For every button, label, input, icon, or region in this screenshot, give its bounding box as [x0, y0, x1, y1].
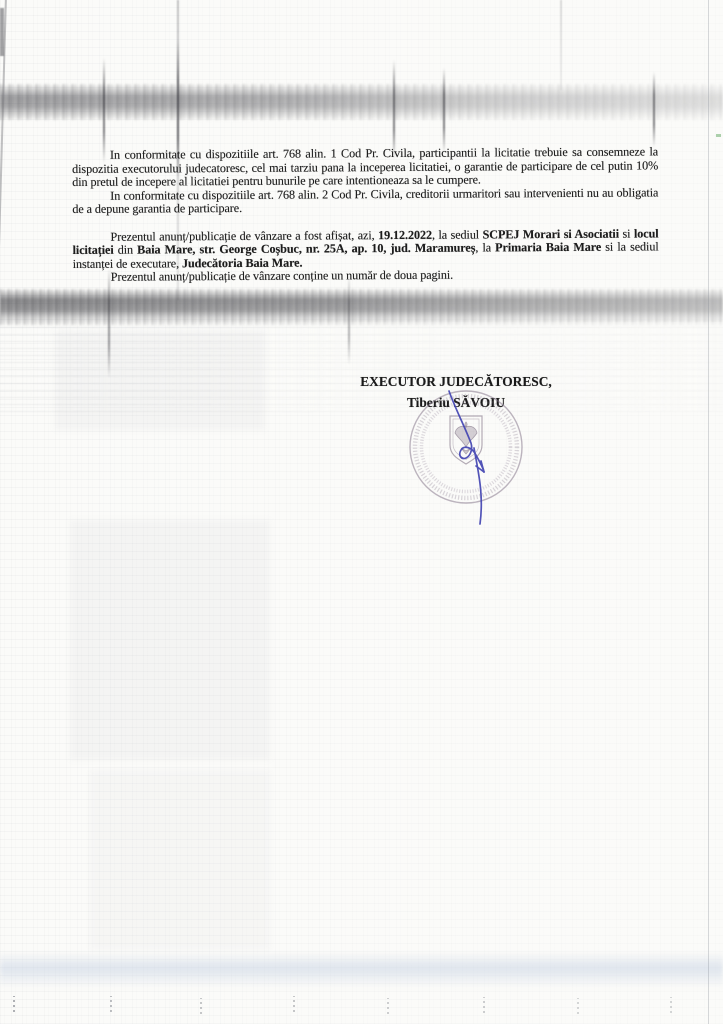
scanned-document-page: In conformitate cu dispozitiile art. 768…	[0, 0, 723, 1024]
scan-dot-mark	[387, 998, 389, 1014]
scan-vertical-streak	[443, 68, 445, 153]
scan-vertical-streak	[653, 72, 655, 147]
scan-vertical-streak	[348, 275, 350, 365]
paragraph-posting-notice: Prezentul anunț/publicație de vânzare a …	[72, 227, 658, 271]
scan-mark-green	[716, 134, 721, 137]
scan-smudge-patch	[90, 770, 270, 950]
scan-page-edge-right	[708, 0, 709, 1024]
scan-smudge-band-top	[0, 84, 723, 120]
scan-dot-mark	[110, 996, 112, 1012]
document-body: In conformitate cu dispozitiile art. 768…	[72, 145, 659, 284]
scan-smudge-patch	[70, 520, 270, 760]
scan-dot-mark	[577, 998, 579, 1014]
scan-page-edge-left	[0, 0, 6, 536]
scan-edge-mark	[0, 8, 4, 56]
scan-dot-mark	[200, 998, 202, 1014]
scan-dot-mark	[483, 997, 485, 1013]
scan-vertical-line	[560, 0, 562, 90]
scan-vertical-streak	[103, 58, 105, 163]
scan-blue-band-bottom	[0, 952, 723, 988]
scan-smudge-patch	[55, 330, 265, 430]
paragraph-guarantee-art768-2: In conformitate cu dispozitiile art. 768…	[72, 186, 658, 217]
scan-dot-mark	[293, 996, 295, 1012]
scan-dot-mark	[13, 996, 15, 1012]
handwritten-signature-icon	[433, 381, 497, 533]
scan-dot-mark	[670, 997, 672, 1013]
paragraph-page-count: Prezentul anunț/publicație de vânzare co…	[73, 267, 659, 284]
scan-vertical-streak	[393, 60, 395, 160]
paragraph-guarantee-art768-1: In conformitate cu dispozitiile art. 768…	[72, 145, 658, 189]
